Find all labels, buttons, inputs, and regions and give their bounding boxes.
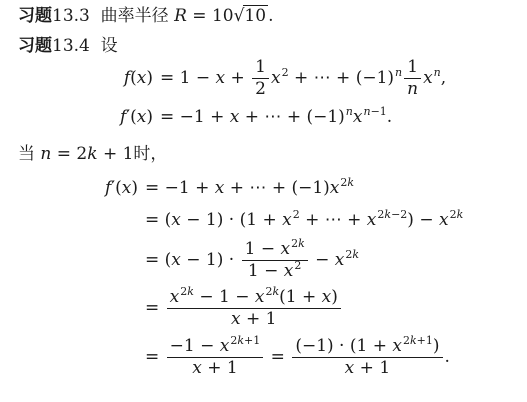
equation-rhs: = −1 + x + ⋯ + (−1)nxn−1. [160,106,392,128]
superscript: 2k [345,248,359,261]
superscript: 2 [282,66,289,79]
problem-13-4-line: 习题13.4 设 [18,35,527,57]
text-segment: 习题 [18,36,52,56]
superscript: 2k−2 [377,208,407,221]
derivation-step-1: f′(x)= −1 + x + ⋯ + (−1)x2k [0,177,527,199]
denominator: n [404,78,421,99]
denominator: 1 − x2 [242,260,308,281]
derivation-step-4: = x2k − 1 − x2k(1 + x)x + 1 [0,288,527,329]
text-segment: 习题 [18,6,52,26]
equation-rhs: = 1 − x + 12x2 + ⋯ + (−1)n1nxn, [160,58,446,99]
case-n-odd-line: 当 n = 2k + 1时， [18,143,527,165]
fraction: x2k − 1 − x2k(1 + x)x + 1 [167,288,341,329]
denominator: x + 1 [292,357,442,378]
equation-lhs: f′(x) [0,106,153,128]
math-document: 习题13.3 曲率半径 R = 10√10. 习题13.4 设 f(x)= 1 … [0,0,527,402]
square-root: √10 [234,6,268,26]
denominator: 2 [252,78,269,99]
equation-rhs: = (x − 1) · (1 + x2 + ⋯ + x2k−2) − x2k [145,209,463,231]
superscript: 2k+1 [230,334,260,347]
superscript: 2 [294,259,301,272]
text-segment: 13.3 曲率半径 [52,6,174,26]
superscript: n [346,105,353,118]
superscript: 2 [293,208,300,221]
equation-rhs: = −1 + x + ⋯ + (−1)x2k [145,177,354,199]
superscript: 2k [291,237,305,250]
problem-13-3-line: 习题13.3 曲率半径 R = 10√10. [18,5,527,27]
fraction: 1n [404,58,421,99]
text-segment: 13.4 设 [52,36,118,56]
text-segment: 当 [18,144,40,164]
superscript: n [434,66,441,79]
fraction: −1 − x2k+1x + 1 [167,337,264,378]
superscript: 2k [265,285,279,298]
inline-math: n = 2k + 1 [40,144,133,164]
numerator: 1 [404,58,421,78]
numerator: 1 − x2k [242,240,308,260]
numerator: 1 [252,58,269,78]
equation-rhs: = −1 − x2k+1x + 1 = (−1) · (1 + x2k+1)x … [145,337,450,378]
inline-math: R = 10√10. [174,6,273,26]
numerator: (−1) · (1 + x2k+1) [292,337,442,357]
derivation-step-3: = (x − 1) · 1 − x2k1 − x2 − x2k [0,240,527,281]
superscript: 2k+1 [403,334,433,347]
equation-rhs: = x2k − 1 − x2k(1 + x)x + 1 [145,288,343,329]
equation-rhs: = (x − 1) · 1 − x2k1 − x2 − x2k [145,240,359,281]
formula-f-of-x: f(x)= 1 − x + 12x2 + ⋯ + (−1)n1nxn, [0,58,527,99]
radicand: 10 [243,5,268,26]
derivation-step-2: = (x − 1) · (1 + x2 + ⋯ + x2k−2) − x2k [0,209,527,231]
denominator: x + 1 [167,357,264,378]
superscript: n [395,66,402,79]
derivation-step-5: = −1 − x2k+1x + 1 = (−1) · (1 + x2k+1)x … [0,337,527,378]
denominator: x + 1 [167,308,341,329]
fraction: 12 [252,58,269,99]
numerator: −1 − x2k+1 [167,337,264,357]
superscript: 2k [450,208,464,221]
superscript: n−1 [363,105,386,118]
superscript: 2k [180,285,194,298]
equation-lhs: f(x) [0,67,153,89]
fraction: (−1) · (1 + x2k+1)x + 1 [292,337,442,378]
formula-f-prime-x: f′(x)= −1 + x + ⋯ + (−1)nxn−1. [0,106,527,128]
equation-lhs: f′(x) [0,177,138,199]
numerator: x2k − 1 − x2k(1 + x) [167,288,341,308]
superscript: 2k [340,176,354,189]
text-segment: 时， [133,144,167,164]
fraction: 1 − x2k1 − x2 [242,240,308,281]
